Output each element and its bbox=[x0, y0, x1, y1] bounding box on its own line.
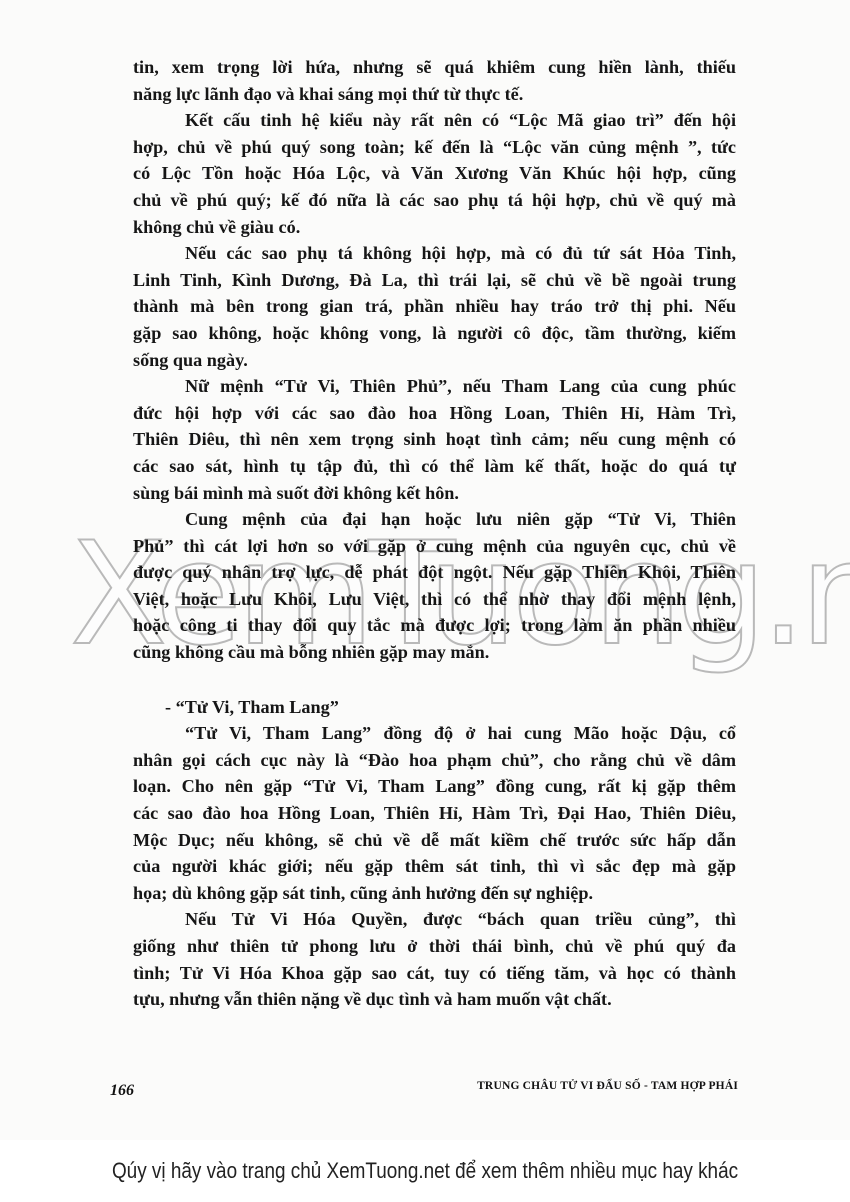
text-line: Nếu các sao phụ tá không hội hợp, mà có … bbox=[133, 240, 736, 267]
text-line: họa; dù không gặp sát tinh, cũng ảnh hưở… bbox=[133, 880, 736, 907]
text-line: giống như thiên tử phong lưu ở thời thái… bbox=[133, 933, 736, 960]
text-line: Thiên Diêu, thì nên xem trọng sinh hoạt … bbox=[133, 426, 736, 453]
text-line: đức hội hợp với các sao đào hoa Hồng Loa… bbox=[133, 400, 736, 427]
paragraph: Nếu Tử Vi Hóa Quyền, được “bách quan tri… bbox=[133, 906, 736, 1012]
text-line: của người khác giới; nếu gặp thêm sát ti… bbox=[133, 853, 736, 880]
paragraph: Nữ mệnh “Tử Vi, Thiên Phủ”, nếu Tham Lan… bbox=[133, 373, 736, 506]
text-line: hợp, chủ về phú quý song toàn; kế đến là… bbox=[133, 134, 736, 161]
paragraph: Cung mệnh của đại hạn hoặc lưu niên gặp … bbox=[133, 506, 736, 666]
text-line: sùng bái mình mà suốt đời không kết hôn. bbox=[133, 480, 736, 507]
text-line: tình; Tử Vi Hóa Khoa gặp sao cát, tuy có… bbox=[133, 960, 736, 987]
paragraph: tin, xem trọng lời hứa, nhưng sẽ quá khi… bbox=[133, 54, 736, 107]
text-line: Nữ mệnh “Tử Vi, Thiên Phủ”, nếu Tham Lan… bbox=[133, 373, 736, 400]
text-line: chủ về phú quý; kế đó nữa là các sao phụ… bbox=[133, 187, 736, 214]
text-line: các sao sát, hình tụ tập đủ, thì có thể … bbox=[133, 453, 736, 480]
text-line: gặp sao không, hoặc không vong, là người… bbox=[133, 320, 736, 347]
text-line: “Tử Vi, Tham Lang” đồng độ ở hai cung Mã… bbox=[133, 720, 736, 747]
paragraph: “Tử Vi, Tham Lang” đồng độ ở hai cung Mã… bbox=[133, 720, 736, 906]
text-line: cũng không cầu mà bỗng nhiên gặp may mắn… bbox=[133, 639, 736, 666]
text-line: Cung mệnh của đại hạn hoặc lưu niên gặp … bbox=[133, 506, 736, 533]
text-line: Kết cấu tinh hệ kiểu này rất nên có “Lộc… bbox=[133, 107, 736, 134]
text-line: có Lộc Tồn hoặc Hóa Lộc, và Văn Xương Vă… bbox=[133, 160, 736, 187]
text-line: Nếu Tử Vi Hóa Quyền, được “bách quan tri… bbox=[133, 906, 736, 933]
text-line: Việt, hoặc Lưu Khôi, Lưu Việt, thì có th… bbox=[133, 586, 736, 613]
paragraph: Kết cấu tinh hệ kiểu này rất nên có “Lộc… bbox=[133, 107, 736, 240]
text-line: không chủ về giàu có. bbox=[133, 214, 736, 241]
text-line: được quý nhân trợ lực, dễ phát đột ngột.… bbox=[133, 559, 736, 586]
site-banner: Qúy vị hãy vào trang chủ XemTuong.net để… bbox=[0, 1140, 850, 1202]
scanned-book-page: XemTuong.net tin, xem trọng lời hứa, như… bbox=[0, 0, 850, 1140]
paragraph-group: tin, xem trọng lời hứa, nhưng sẽ quá khi… bbox=[133, 54, 736, 666]
homepage-link[interactable]: Qúy vị hãy vào trang chủ XemTuong.net để… bbox=[112, 1158, 738, 1184]
paragraph: Nếu các sao phụ tá không hội hợp, mà có … bbox=[133, 240, 736, 373]
text-line: sống qua ngày. bbox=[133, 347, 736, 374]
text-line: Mộc Dục; nếu không, sẽ chủ về dễ mất kiề… bbox=[133, 827, 736, 854]
section-paragraph-group: “Tử Vi, Tham Lang” đồng độ ở hai cung Mã… bbox=[133, 720, 736, 1013]
section-gap bbox=[133, 666, 736, 694]
text-line: năng lực lãnh đạo và khai sáng mọi thứ t… bbox=[133, 81, 736, 108]
text-line: tin, xem trọng lời hứa, nhưng sẽ quá khi… bbox=[133, 54, 736, 81]
text-line: nhân gọi cách cục này là “Đào hoa phạm c… bbox=[133, 747, 736, 774]
text-line: Phủ” thì cát lợi hơn so với gặp ở cung m… bbox=[133, 533, 736, 560]
page-body: tin, xem trọng lời hứa, nhưng sẽ quá khi… bbox=[133, 54, 736, 1013]
text-line: loạn. Cho nên gặp “Tử Vi, Tham Lang” đồn… bbox=[133, 773, 736, 800]
text-line: Linh Tinh, Kình Dương, Đà La, thì trái l… bbox=[133, 267, 736, 294]
running-title: TRUNG CHÂU TỬ VI ĐẨU SỐ - TAM HỢP PHÁI bbox=[477, 1080, 738, 1092]
text-line: hoặc công ti thay đổi quy tắc mà được lợ… bbox=[133, 612, 736, 639]
text-line: thành mà bên trong gian trá, phần nhiều … bbox=[133, 293, 736, 320]
text-line: tựu, nhưng vẫn thiên nặng về dục tình và… bbox=[133, 986, 736, 1013]
text-line: các sao đào hoa Hồng Loan, Thiên Hỉ, Hàm… bbox=[133, 800, 736, 827]
page-number: 166 bbox=[110, 1082, 134, 1100]
section-heading: - “Tử Vi, Tham Lang” bbox=[133, 694, 736, 721]
